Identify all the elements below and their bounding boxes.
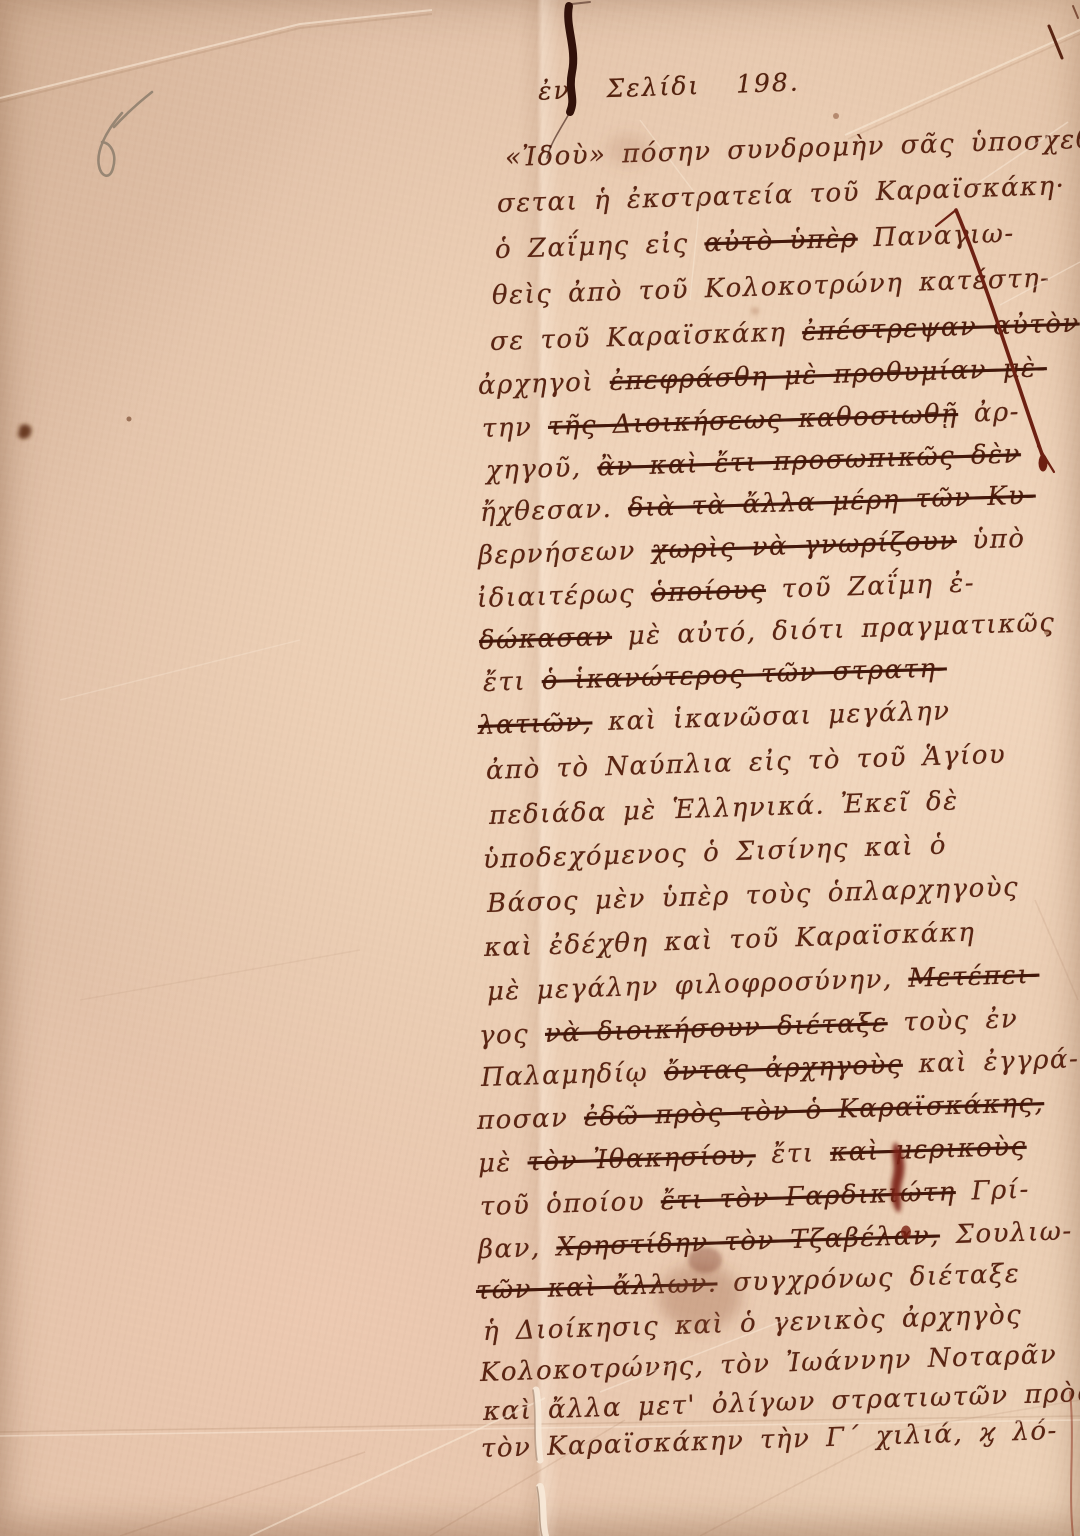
ink-blots	[18, 113, 1050, 1330]
paper-marks-overlay	[0, 0, 1080, 1536]
crease-lines	[0, 10, 1080, 1536]
pencil-scribble	[98, 92, 152, 176]
manuscript-page: ἐν Σελίδι 198. «Ἰδοὺ» πόσην συνδρομὴν σᾶ…	[0, 0, 1080, 1536]
deletion-stroke	[936, 210, 1054, 472]
paper-tears	[533, 1390, 1073, 1536]
ink-tear-mark	[547, 2, 590, 158]
